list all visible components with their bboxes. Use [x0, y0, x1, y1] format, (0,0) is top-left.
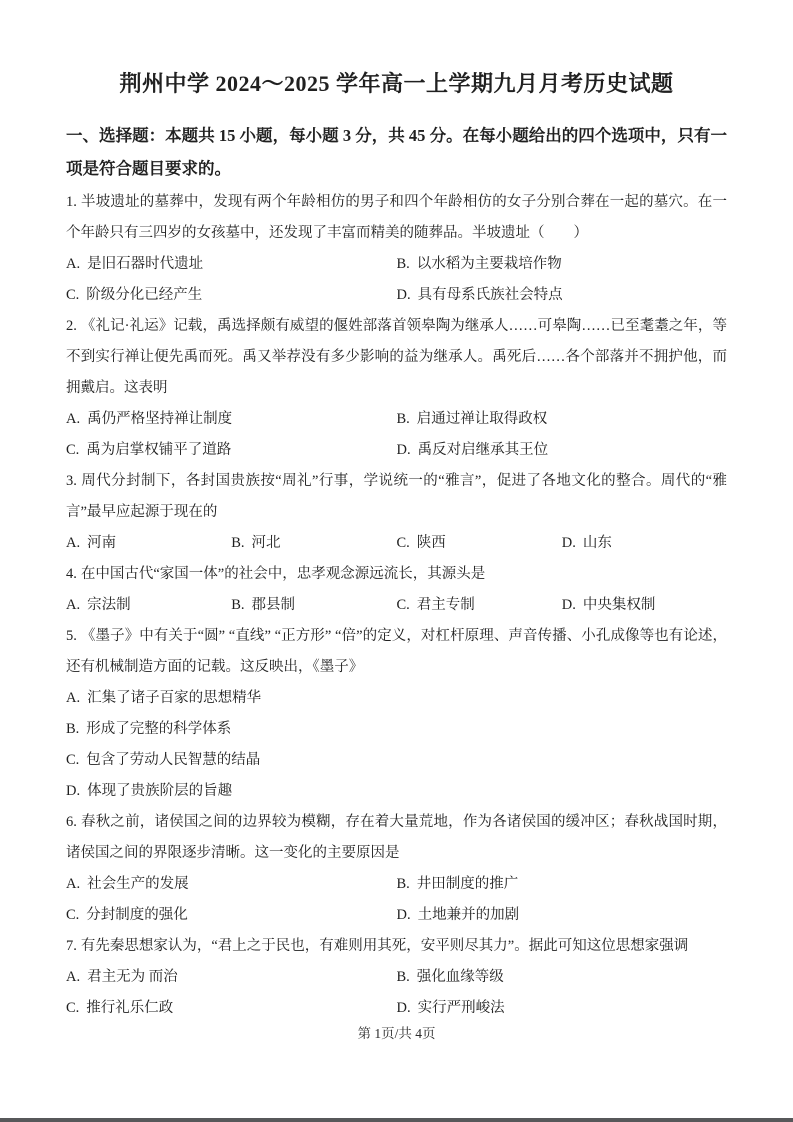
option-text: 河南 — [87, 535, 116, 551]
option-text: 君主专制 — [417, 597, 475, 613]
option-label: B. — [231, 535, 244, 551]
option-label: B. — [66, 721, 79, 737]
question-text: 《墨子》中有关于“圆” “直线” “正方形” “倍”的定义，对杠杆原理、声音传播… — [66, 628, 727, 675]
questions-list: 1.半坡遗址的墓葬中，发现有两个年龄相仿的男子和四个年龄相仿的女子分别合葬在一起… — [66, 187, 727, 1024]
option-c: C.分封制度的强化 — [66, 900, 397, 931]
option-label: B. — [231, 597, 244, 613]
option-b: B.启通过禅让取得政权 — [397, 404, 728, 435]
question-number: 5. — [66, 628, 77, 644]
question-text: 有先秦思想家认为，“君上之于民也，有难则用其死，安平则尽其力”。据此可知这位思想… — [81, 938, 688, 954]
options: A.君主无为 而治B.强化血缘等级C.推行礼乐仁政D.实行严刑峻法 — [66, 962, 727, 1024]
option-c: C.阶级分化已经产生 — [66, 280, 397, 311]
option-text: 启通过禅让取得政权 — [417, 411, 548, 427]
option-d: D.山东 — [562, 528, 727, 559]
question-stem: 7.有先秦思想家认为，“君上之于民也，有难则用其死，安平则尽其力”。据此可知这位… — [66, 931, 727, 962]
options: A.汇集了诸子百家的思想精华B.形成了完整的科学体系C.包含了劳动人民智慧的结晶… — [66, 683, 727, 807]
option-label: D. — [397, 287, 411, 303]
option-label: C. — [397, 597, 410, 613]
option-a: A.是旧石器时代遗址 — [66, 249, 397, 280]
option-label: D. — [397, 442, 411, 458]
option-text: 强化血缘等级 — [417, 969, 504, 985]
option-c: C.包含了劳动人民智慧的结晶 — [66, 745, 727, 776]
question-number: 7. — [66, 938, 77, 954]
option-b: B.河北 — [231, 528, 396, 559]
question-number: 1. — [66, 194, 77, 210]
question-2: 2.《礼记·礼运》记载，禹选择颇有威望的偃姓部落首领皋陶为继承人……可皋陶……已… — [66, 311, 727, 466]
option-label: C. — [66, 287, 79, 303]
option-text: 社会生产的发展 — [87, 876, 189, 892]
option-d: D.具有母系氏族社会特点 — [397, 280, 728, 311]
question-text: 在中国古代“家国一体”的社会中，忠孝观念源远流长，其源头是 — [81, 566, 485, 582]
option-text: 体现了贵族阶层的旨趣 — [87, 783, 232, 799]
option-d: D.体现了贵族阶层的旨趣 — [66, 776, 727, 807]
option-a: A.禹仍严格坚持禅让制度 — [66, 404, 397, 435]
option-d: D.土地兼并的加剧 — [397, 900, 728, 931]
option-text: 禹仍严格坚持禅让制度 — [87, 411, 232, 427]
option-text: 井田制度的推广 — [417, 876, 519, 892]
question-stem: 3.周代分封制下，各封国贵族按“周礼”行事，学说统一的“雅言”，促进了各地文化的… — [66, 466, 727, 528]
question-text: 春秋之前，诸侯国之间的边界较为模糊，存在着大量荒地，作为各诸侯国的缓冲区；春秋战… — [66, 814, 727, 861]
option-b: B.形成了完整的科学体系 — [66, 714, 727, 745]
option-text: 汇集了诸子百家的思想精华 — [87, 690, 261, 706]
question-stem: 5.《墨子》中有关于“圆” “直线” “正方形” “倍”的定义，对杠杆原理、声音… — [66, 621, 727, 683]
option-label: C. — [66, 1000, 79, 1016]
option-label: A. — [66, 690, 80, 706]
question-text: 半坡遗址的墓葬中，发现有两个年龄相仿的男子和四个年龄相仿的女子分别合葬在一起的墓… — [66, 194, 727, 241]
option-label: B. — [397, 256, 410, 272]
option-d: D.中央集权制 — [562, 590, 727, 621]
option-label: B. — [397, 876, 410, 892]
option-text: 形成了完整的科学体系 — [86, 721, 231, 737]
question-number: 6. — [66, 814, 77, 830]
option-text: 郡县制 — [252, 597, 296, 613]
option-text: 禹为启掌权铺平了道路 — [86, 442, 231, 458]
option-text: 君主无为 而治 — [87, 969, 178, 985]
question-text: 周代分封制下，各封国贵族按“周礼”行事，学说统一的“雅言”，促进了各地文化的整合… — [66, 473, 727, 520]
option-d: D.实行严刑峻法 — [397, 993, 728, 1024]
option-c: C.君主专制 — [397, 590, 562, 621]
option-a: A.宗法制 — [66, 590, 231, 621]
option-label: A. — [66, 876, 80, 892]
option-c: C.推行礼乐仁政 — [66, 993, 397, 1024]
option-label: A. — [66, 411, 80, 427]
option-label: B. — [397, 969, 410, 985]
option-c: C.陕西 — [397, 528, 562, 559]
page-footer: 第 1页/共 4页 — [0, 1022, 793, 1042]
option-c: C.禹为启掌权铺平了道路 — [66, 435, 397, 466]
option-text: 中央集权制 — [583, 597, 656, 613]
question-stem: 2.《礼记·礼运》记载，禹选择颇有威望的偃姓部落首领皋陶为继承人……可皋陶……已… — [66, 311, 727, 404]
option-text: 推行礼乐仁政 — [86, 1000, 173, 1016]
option-b: B.强化血缘等级 — [397, 962, 728, 993]
options: A.禹仍严格坚持禅让制度B.启通过禅让取得政权C.禹为启掌权铺平了道路D.禹反对… — [66, 404, 727, 466]
options: A.是旧石器时代遗址B.以水稻为主要栽培作物C.阶级分化已经产生D.具有母系氏族… — [66, 249, 727, 311]
option-label: A. — [66, 969, 80, 985]
option-text: 山东 — [583, 535, 612, 551]
option-text: 宗法制 — [87, 597, 131, 613]
options: A.社会生产的发展B.井田制度的推广C.分封制度的强化D.土地兼并的加剧 — [66, 869, 727, 931]
section-header: 一、选择题：本题共 15 小题，每小题 3 分，共 45 分。在每小题给出的四个… — [66, 119, 727, 185]
option-text: 陕西 — [417, 535, 446, 551]
option-label: C. — [397, 535, 410, 551]
option-label: D. — [397, 907, 411, 923]
option-label: D. — [562, 535, 576, 551]
option-a: A.君主无为 而治 — [66, 962, 397, 993]
question-stem: 1.半坡遗址的墓葬中，发现有两个年龄相仿的男子和四个年龄相仿的女子分别合葬在一起… — [66, 187, 727, 249]
option-text: 实行严刑峻法 — [418, 1000, 505, 1016]
question-stem: 4.在中国古代“家国一体”的社会中，忠孝观念源远流长，其源头是 — [66, 559, 727, 590]
option-text: 具有母系氏族社会特点 — [418, 287, 563, 303]
question-number: 2. — [66, 318, 77, 334]
option-label: A. — [66, 535, 80, 551]
option-d: D.禹反对启继承其王位 — [397, 435, 728, 466]
option-a: A.河南 — [66, 528, 231, 559]
option-a: A.社会生产的发展 — [66, 869, 397, 900]
option-text: 分封制度的强化 — [86, 907, 188, 923]
option-b: B.郡县制 — [231, 590, 396, 621]
question-4: 4.在中国古代“家国一体”的社会中，忠孝观念源远流长，其源头是A.宗法制B.郡县… — [66, 559, 727, 621]
option-label: C. — [66, 442, 79, 458]
option-b: B.井田制度的推广 — [397, 869, 728, 900]
page-title: 荆州中学 2024～2025 学年高一上学期九月月考历史试题 — [66, 68, 727, 100]
option-b: B.以水稻为主要栽培作物 — [397, 249, 728, 280]
option-label: D. — [66, 783, 80, 799]
question-6: 6.春秋之前，诸侯国之间的边界较为模糊，存在着大量荒地，作为各诸侯国的缓冲区；春… — [66, 807, 727, 931]
question-number: 3. — [66, 473, 77, 489]
page-bottom-edge — [0, 1118, 793, 1122]
option-text: 禹反对启继承其王位 — [418, 442, 549, 458]
option-label: B. — [397, 411, 410, 427]
option-label: C. — [66, 752, 79, 768]
options: A.河南B.河北C.陕西D.山东 — [66, 528, 727, 559]
option-a: A.汇集了诸子百家的思想精华 — [66, 683, 727, 714]
option-text: 阶级分化已经产生 — [86, 287, 202, 303]
question-5: 5.《墨子》中有关于“圆” “直线” “正方形” “倍”的定义，对杠杆原理、声音… — [66, 621, 727, 807]
exam-page: 荆州中学 2024～2025 学年高一上学期九月月考历史试题 一、选择题：本题共… — [0, 0, 793, 1122]
question-7: 7.有先秦思想家认为，“君上之于民也，有难则用其死，安平则尽其力”。据此可知这位… — [66, 931, 727, 1024]
option-text: 以水稻为主要栽培作物 — [417, 256, 562, 272]
option-text: 河北 — [252, 535, 281, 551]
option-label: D. — [562, 597, 576, 613]
option-label: D. — [397, 1000, 411, 1016]
option-label: A. — [66, 256, 80, 272]
question-text: 《礼记·礼运》记载，禹选择颇有威望的偃姓部落首领皋陶为继承人……可皋陶……已至耄… — [66, 318, 727, 396]
option-label: C. — [66, 907, 79, 923]
question-1: 1.半坡遗址的墓葬中，发现有两个年龄相仿的男子和四个年龄相仿的女子分别合葬在一起… — [66, 187, 727, 311]
option-label: A. — [66, 597, 80, 613]
options: A.宗法制B.郡县制C.君主专制D.中央集权制 — [66, 590, 727, 621]
option-text: 包含了劳动人民智慧的结晶 — [86, 752, 260, 768]
question-3: 3.周代分封制下，各封国贵族按“周礼”行事，学说统一的“雅言”，促进了各地文化的… — [66, 466, 727, 559]
option-text: 是旧石器时代遗址 — [87, 256, 203, 272]
question-stem: 6.春秋之前，诸侯国之间的边界较为模糊，存在着大量荒地，作为各诸侯国的缓冲区；春… — [66, 807, 727, 869]
question-number: 4. — [66, 566, 77, 582]
option-text: 土地兼并的加剧 — [418, 907, 520, 923]
